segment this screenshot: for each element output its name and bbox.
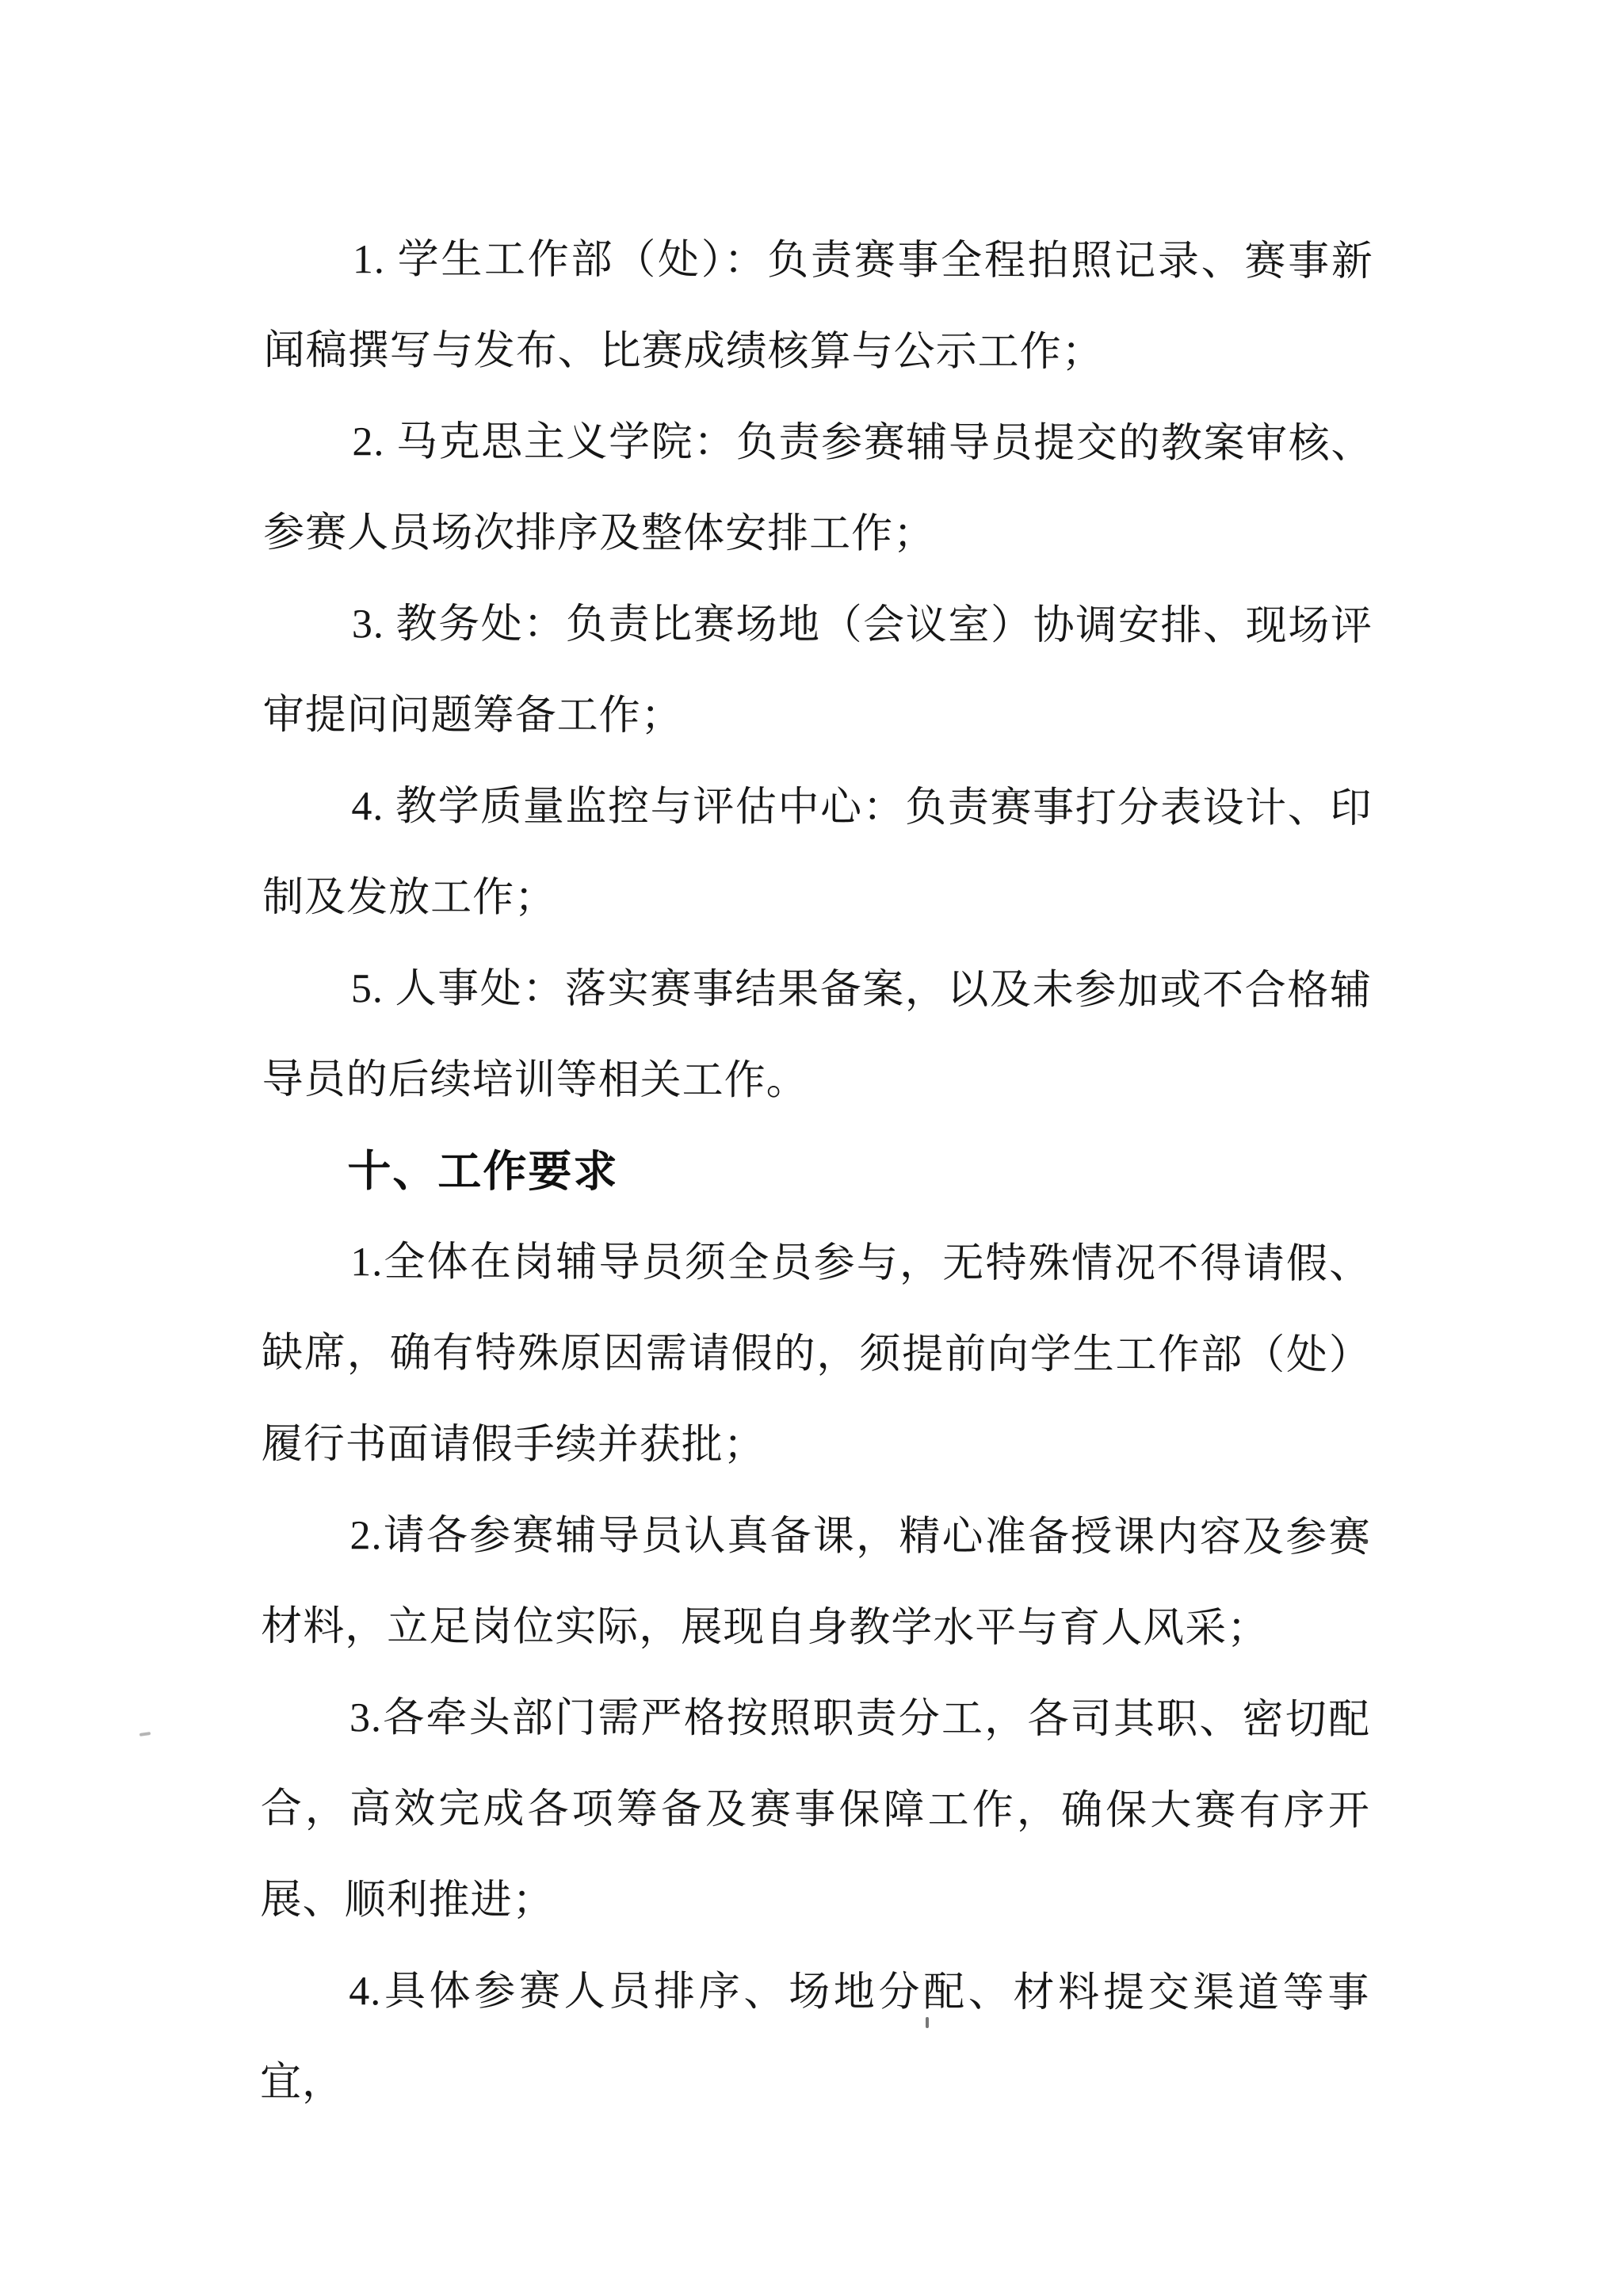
scanned-document-page: 1. 学生工作部（处）：负责赛事全程拍照记录、赛事新闻稿撰写与发布、比赛成绩核算… [0, 0, 1623, 2296]
paragraph-requirement-2: 2.请各参赛辅导员认真备课，精心准备授课内容及参赛材料，立足岗位实际，展现自身教… [261, 1490, 1370, 1675]
paragraph-requirement-3: 3.各牵头部门需严格按照职责分工，各司其职、密切配合，高效完成各项筹备及赛事保障… [260, 1672, 1370, 1948]
paragraph-duty-academic-affairs: 3. 教务处：负责比赛场地（会议室）协调安排、现场评审提问问题筹备工作； [263, 579, 1373, 763]
paragraph-duty-marxism-school: 2. 马克思主义学院：负责参赛辅导员提交的教案审核、参赛人员场次排序及整体安排工… [263, 396, 1373, 581]
document-body: 1. 学生工作部（处）：负责赛事全程拍照记录、赛事新闻稿撰写与发布、比赛成绩核算… [260, 214, 1373, 2130]
paragraph-duty-hr-office: 5. 人事处：落实赛事结果备案，以及未参加或不合格辅导员的后续培训等相关工作。 [262, 943, 1372, 1128]
section-heading-work-requirements: 十、工作要求 [262, 1125, 1371, 1219]
paragraph-requirement-4: 4.具体参赛人员排序、场地分配、材料提交渠道等事宜， [260, 1946, 1369, 2130]
paragraph-duty-student-affairs: 1. 学生工作部（处）：负责赛事全程拍照记录、赛事新闻稿撰写与发布、比赛成绩核算… [264, 214, 1373, 399]
scan-speck-tick [926, 2017, 929, 2028]
scan-speck-dot [1363, 1539, 1368, 1544]
paragraph-requirement-1: 1.全体在岗辅导员须全员参与，无特殊情况不得请假、缺席，确有特殊原因需请假的，须… [262, 1217, 1372, 1492]
paragraph-duty-quality-center: 4. 教学质量监控与评估中心：负责赛事打分表设计、印制及发放工作； [262, 761, 1372, 946]
scan-speck-dash [139, 1732, 151, 1736]
